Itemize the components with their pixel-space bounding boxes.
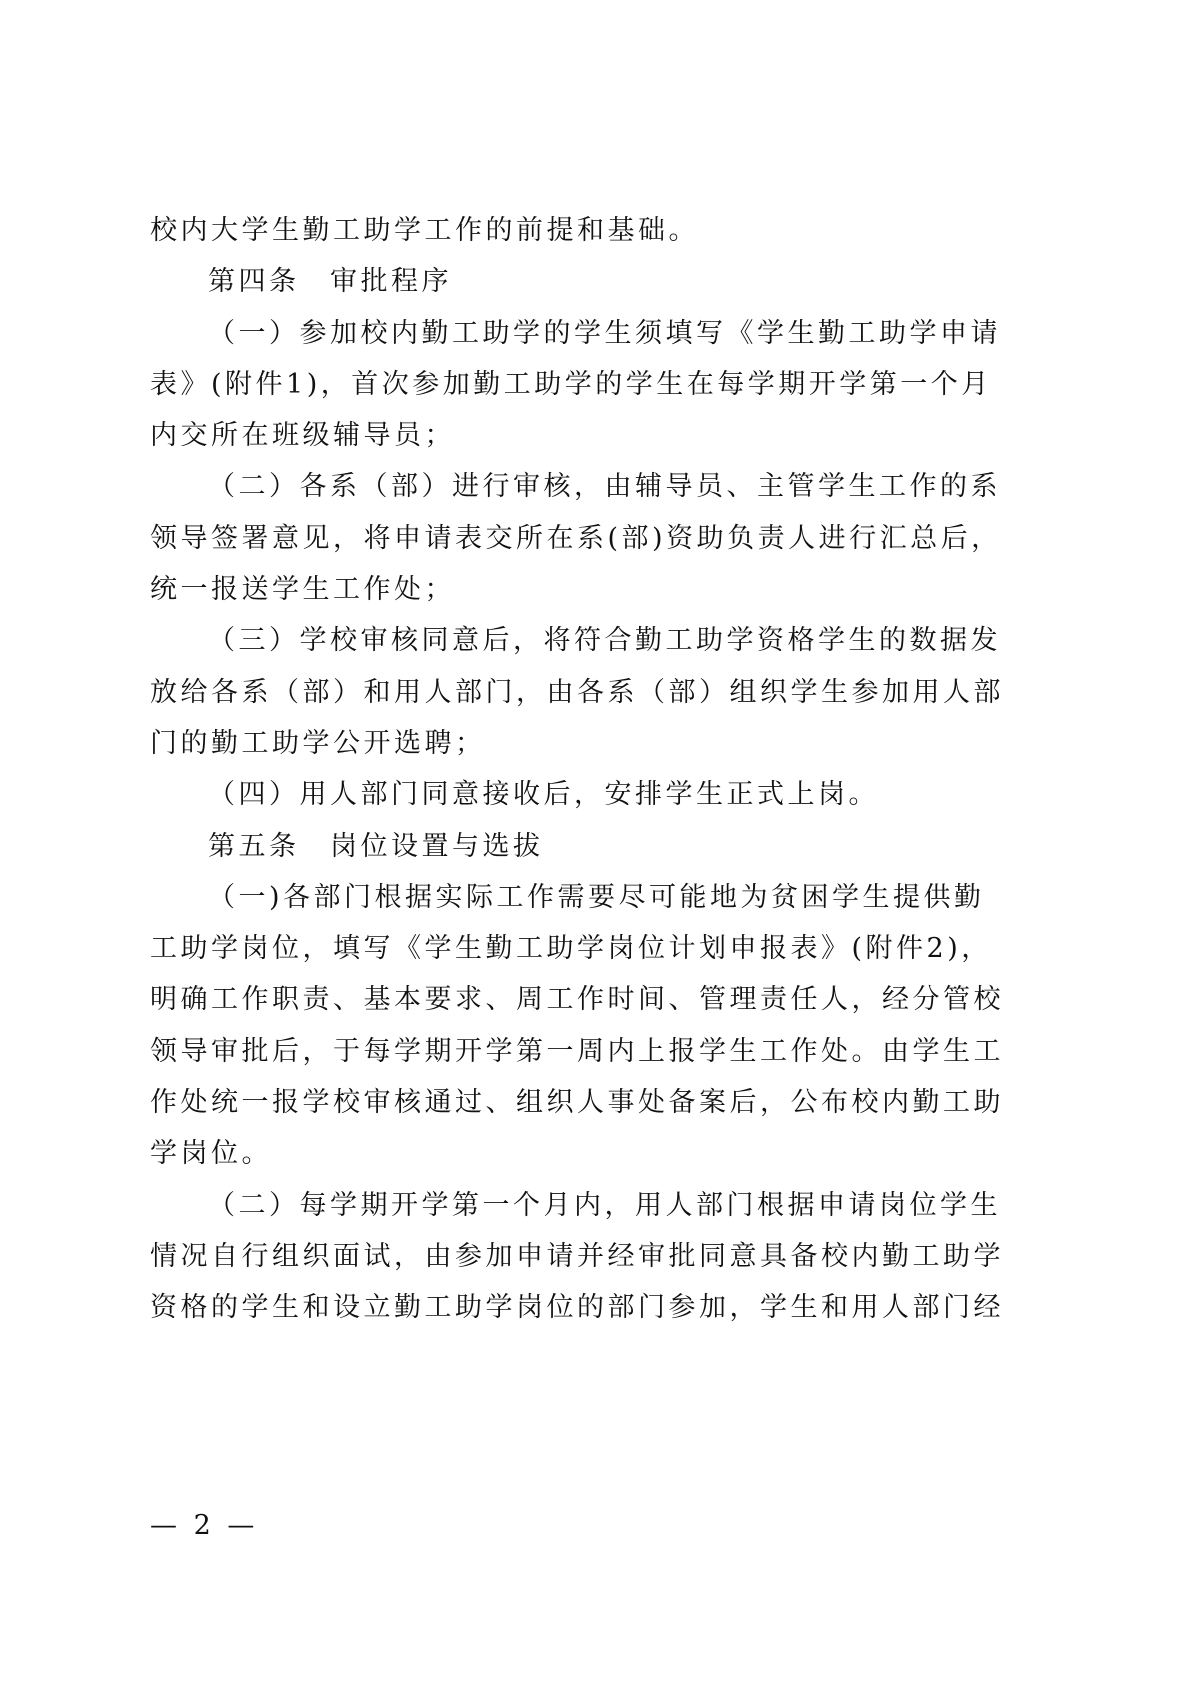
text-line: （三）学校审核同意后，将符合勤工助学资格学生的数据发 [150,615,972,666]
text-line: 领导签署意见，将申请表交所在系(部)资助负责人进行汇总后， [150,513,972,564]
text-line: 工助学岗位，填写《学生勤工助学岗位计划申报表》(附件2)， [150,923,972,974]
text-line: 内交所在班级辅导员； [150,410,972,461]
text-line: 表》(附件1)，首次参加勤工助学的学生在每学期开学第一个月 [150,359,972,410]
text-line: 放给各系（部）和用人部门，由各系（部）组织学生参加用人部 [150,667,972,718]
text-line: 统一报送学生工作处； [150,564,972,615]
text-line: 学岗位。 [150,1128,972,1179]
text-line: 领导审批后，于每学期开学第一周内上报学生工作处。由学生工 [150,1026,972,1077]
text-line: （一）参加校内勤工助学的学生须填写《学生勤工助学申请 [150,308,972,359]
text-line: 作处统一报学校审核通过、组织人事处备案后，公布校内勤工助 [150,1077,972,1128]
page-number: — 2 — [150,1510,258,1541]
text-line: 校内大学生勤工助学工作的前提和基础。 [150,205,972,256]
text-line: （四）用人部门同意接收后，安排学生正式上岗。 [150,769,972,820]
article-heading-4: 第四条 审批程序 [150,256,972,307]
text-line: 门的勤工助学公开选聘； [150,718,972,769]
text-line: 资格的学生和设立勤工助学岗位的部门参加，学生和用人部门经 [150,1282,972,1333]
document-body: 校内大学生勤工助学工作的前提和基础。 第四条 审批程序 （一）参加校内勤工助学的… [150,205,972,1334]
text-line: （一)各部门根据实际工作需要尽可能地为贫困学生提供勤 [150,872,972,923]
article-heading-5: 第五条 岗位设置与选拔 [150,821,972,872]
text-line: （二）每学期开学第一个月内，用人部门根据申请岗位学生 [150,1180,972,1231]
text-line: （二）各系（部）进行审核，由辅导员、主管学生工作的系 [150,461,972,512]
text-line: 明确工作职责、基本要求、周工作时间、管理责任人，经分管校 [150,974,972,1025]
text-line: 情况自行组织面试，由参加申请并经审批同意具备校内勤工助学 [150,1231,972,1282]
